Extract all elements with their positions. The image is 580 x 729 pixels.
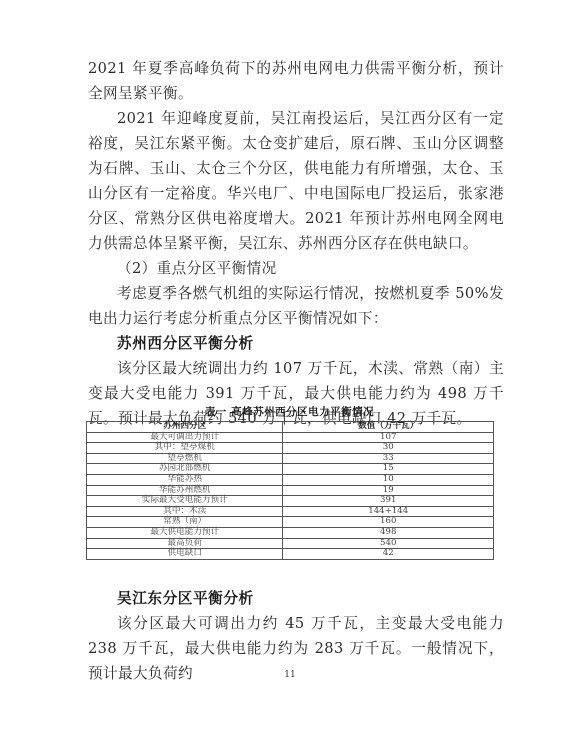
table-row: 其中：望亭煤机 30	[87, 443, 494, 454]
row-value: 391	[283, 496, 494, 507]
row-value: 540	[283, 538, 494, 549]
heading-suzhou-west: 苏州西分区平衡分析	[117, 331, 254, 356]
table-header-row: 苏州西分区 数值（万千瓦）	[87, 422, 494, 433]
row-label: 供电缺口	[87, 549, 283, 560]
heading-wujiang-east: 吴江东分区平衡分析	[117, 586, 254, 611]
row-label: 其中：望亭煤机	[87, 443, 283, 454]
paragraph-2021-overview: 2021 年迎峰度夏前，吴江南投运后，吴江西分区有一定裕度，吴江东紧平衡。太仓变…	[88, 106, 504, 256]
table-row: 最大可调出力预计 107	[87, 432, 494, 443]
table-row: 苏园北部燃机 15	[87, 464, 494, 475]
table-row: 最高负荷 540	[87, 538, 494, 549]
page-number: 11	[0, 670, 580, 680]
row-label: 常熟（南）	[87, 517, 283, 528]
row-value: 10	[283, 474, 494, 485]
document-page: 2021 年夏季高峰负荷下的苏州电网电力供需平衡分析，预计全网呈紧平衡。 202…	[0, 0, 580, 729]
column-header-zone: 苏州西分区	[87, 422, 283, 433]
table-row: 实际最大受电能力预计 391	[87, 496, 494, 507]
row-value: 144+144	[283, 506, 494, 517]
row-value: 19	[283, 485, 494, 496]
row-value: 30	[283, 443, 494, 454]
row-value: 15	[283, 464, 494, 475]
table-row: 最大供电能力预计 498	[87, 527, 494, 538]
paragraph-summary: 2021 年夏季高峰负荷下的苏州电网电力供需平衡分析，预计全网呈紧平衡。	[88, 56, 504, 106]
row-label: 华能苏热	[87, 474, 283, 485]
row-label: 最大供电能力预计	[87, 527, 283, 538]
row-label: 苏园北部燃机	[87, 464, 283, 475]
row-value: 107	[283, 432, 494, 443]
paragraph-gas-unit-assumption: 考虑夏季各燃气机组的实际运行情况，按燃机夏季 50%发电出力运行考虑分析重点分区…	[88, 281, 504, 331]
row-label: 实际最大受电能力预计	[87, 496, 283, 507]
table-caption: 表一 高峰苏州西分区电力平衡情况	[86, 404, 493, 419]
paragraph-suzhou-west: 该分区最大统调出力约 107 万千瓦，木渎、常熟（南）主变最大受电能力 391 …	[88, 356, 504, 431]
table-row: 其中：木渎 144+144	[87, 506, 494, 517]
row-value: 498	[283, 527, 494, 538]
table-row: 常熟（南） 160	[87, 517, 494, 528]
table-row: 望亭燃机 33	[87, 453, 494, 464]
section-subheading-key-zones: （2）重点分区平衡情况	[88, 256, 504, 281]
table-row: 华能苏热 10	[87, 474, 494, 485]
row-value: 160	[283, 517, 494, 528]
power-balance-table: 苏州西分区 数值（万千瓦） 最大可调出力预计 107 其中：望亭煤机 30 望亭…	[86, 421, 494, 560]
row-value: 42	[283, 549, 494, 560]
row-value: 33	[283, 453, 494, 464]
table-row: 供电缺口 42	[87, 549, 494, 560]
column-header-value: 数值（万千瓦）	[283, 422, 494, 433]
